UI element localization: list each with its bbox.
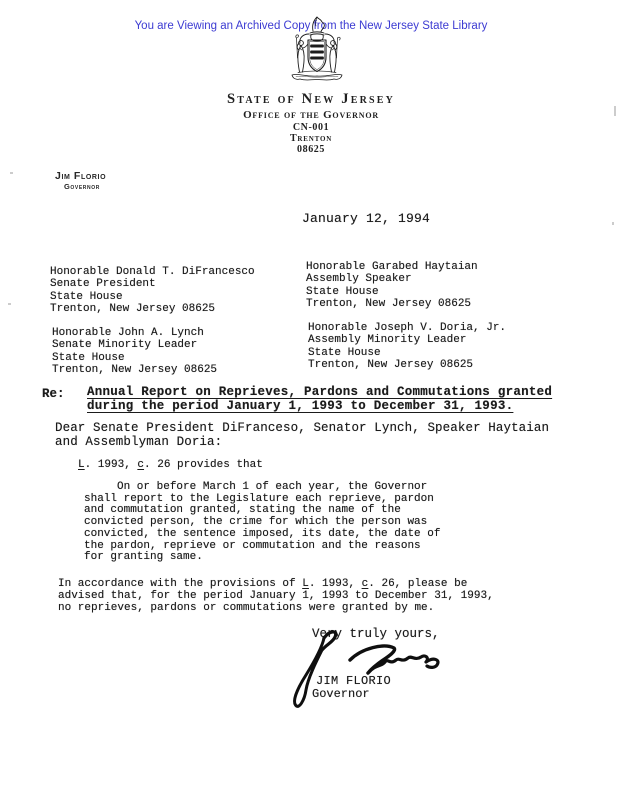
salutation: Dear Senate President DiFranceso, Senato… bbox=[55, 422, 549, 450]
scan-artifact bbox=[614, 106, 616, 116]
signoff-name: JIM FLORIO bbox=[316, 674, 391, 688]
letterhead: State of New Jersey Office of the Govern… bbox=[111, 91, 511, 155]
sender-title: Governor bbox=[64, 182, 106, 191]
statute-quote: On or before March 1 of each year, the G… bbox=[84, 482, 440, 564]
new-jersey-state-seal-icon bbox=[282, 14, 352, 84]
scan-artifact bbox=[8, 303, 11, 305]
scan-artifact bbox=[10, 172, 13, 174]
letterhead-office: Office of the Governor bbox=[111, 109, 511, 121]
letter-page: You are Viewing an Archived Copy from th… bbox=[0, 0, 622, 800]
recipient-block-doria: Honorable Joseph V. Doria, Jr.Assembly M… bbox=[308, 322, 506, 372]
letterhead-city: Trenton bbox=[111, 133, 511, 144]
letterhead-state: State of New Jersey bbox=[111, 91, 511, 108]
recipient-block-lynch: Honorable John A. LynchSenate Minority L… bbox=[52, 327, 217, 377]
recipient-block-haytaian: Honorable Garabed HaytaianAssembly Speak… bbox=[306, 261, 478, 311]
letterhead-code: CN-001 bbox=[111, 122, 511, 133]
sender-name: Jim Florio bbox=[55, 170, 106, 182]
signoff-title: Governor bbox=[312, 687, 370, 701]
date-line: January 12, 1994 bbox=[302, 211, 430, 226]
re-subject: Annual Report on Reprieves, Pardons and … bbox=[87, 386, 552, 413]
re-label: Re: bbox=[42, 387, 65, 401]
statute-intro: L. 1993, c. 26 provides that bbox=[78, 459, 263, 471]
recipient-block-difrancesco: Honorable Donald T. DiFrancescoSenate Pr… bbox=[50, 266, 255, 316]
letterhead-zip: 08625 bbox=[111, 144, 511, 155]
sender-block: Jim Florio Governor bbox=[55, 170, 106, 191]
signature-jim-florio bbox=[284, 626, 459, 714]
scan-artifact bbox=[612, 222, 614, 225]
closing-paragraph: In accordance with the provisions of L. … bbox=[58, 579, 494, 614]
